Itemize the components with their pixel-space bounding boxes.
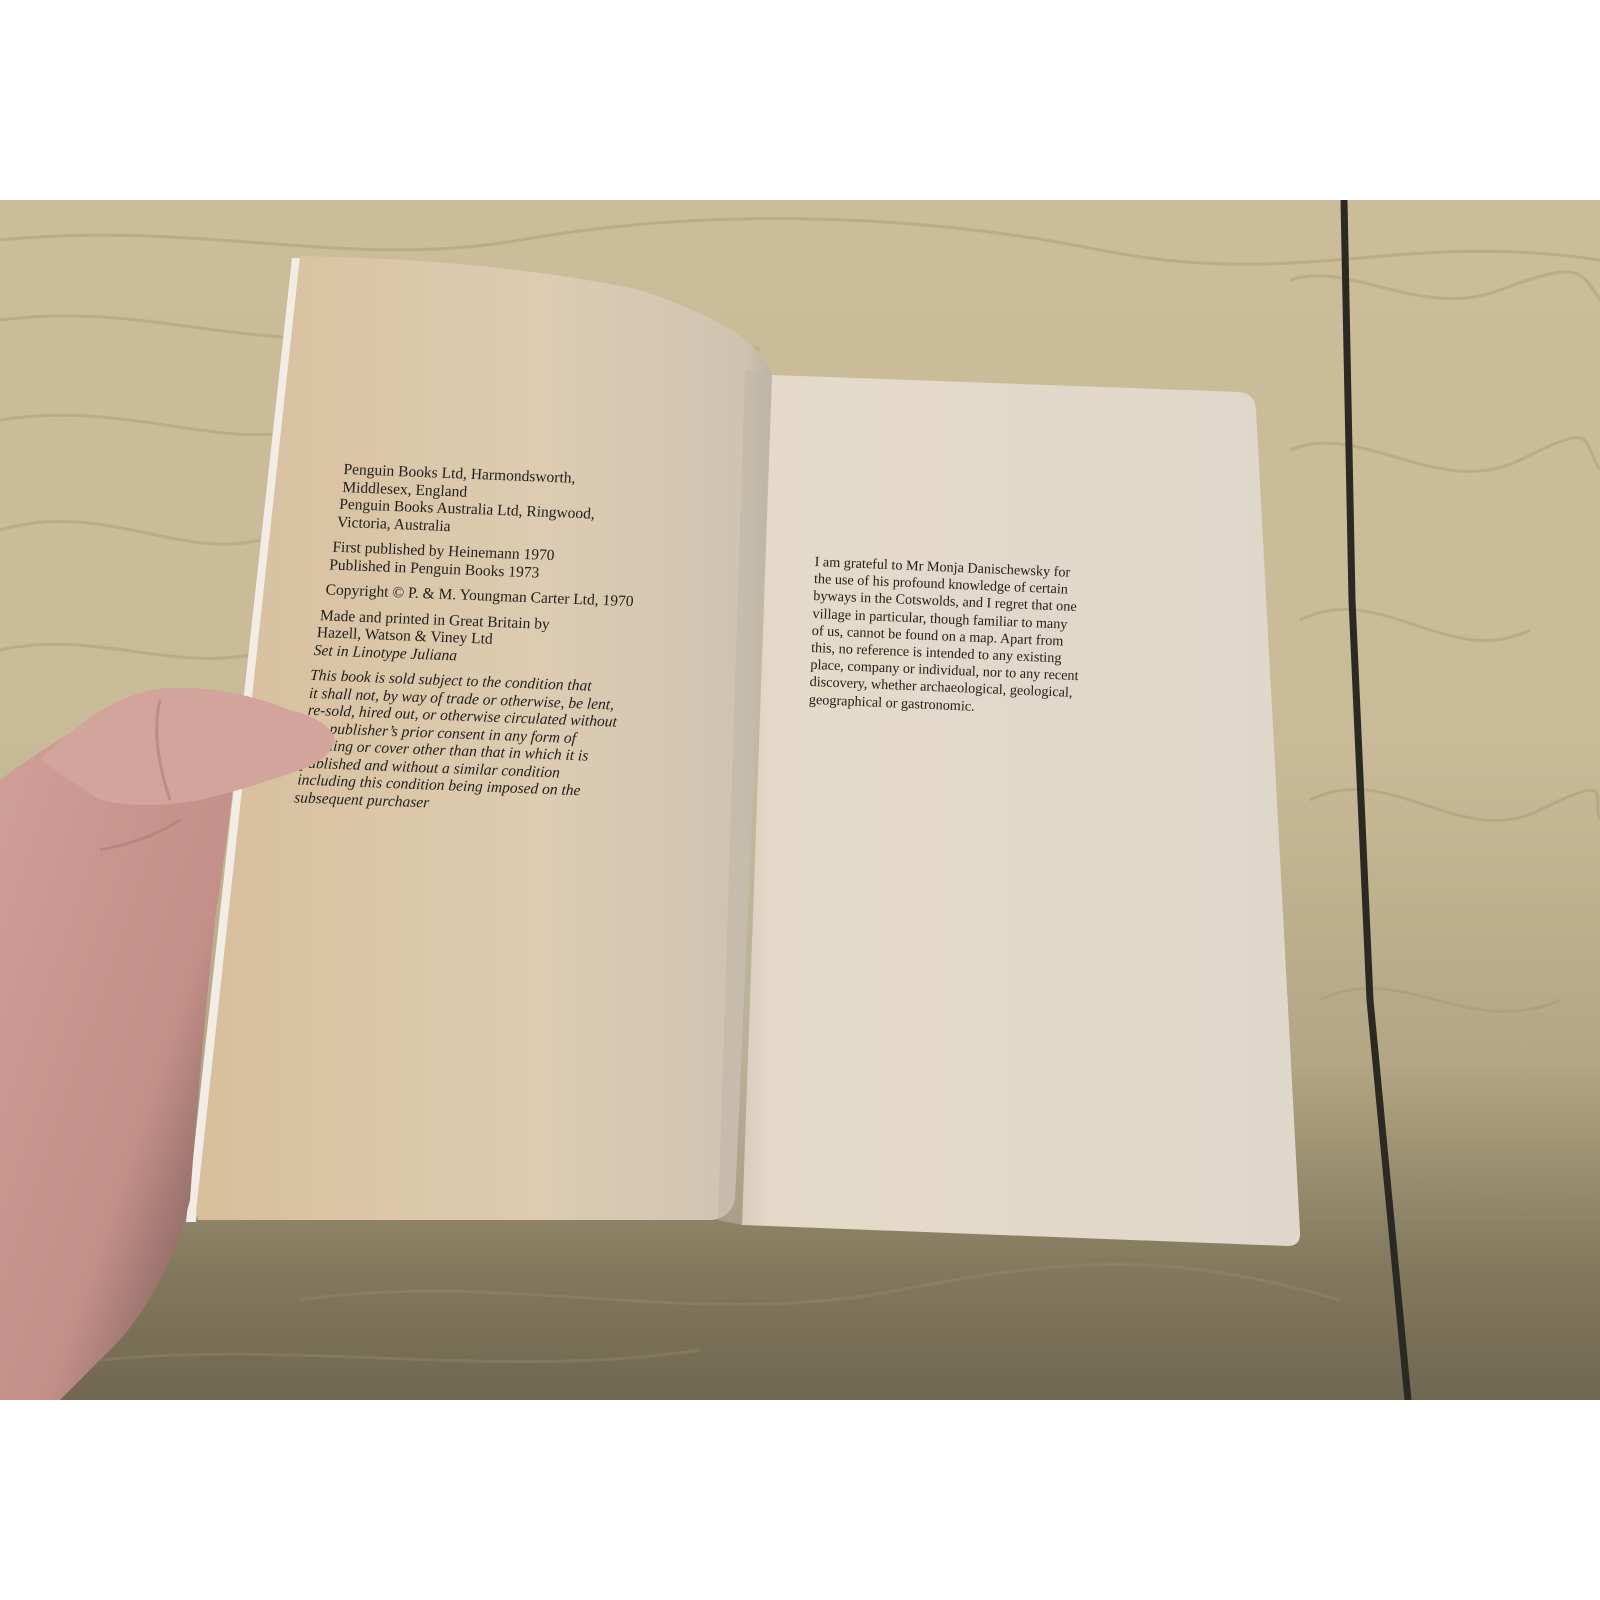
publisher-block: Penguin Books Ltd, Harmondsworth, Middle… <box>340 462 642 541</box>
copyright-line: Copyright © P. & M. Youngman Carter Ltd,… <box>325 582 634 609</box>
open-book <box>0 200 1600 1400</box>
condition-block: This book is sold subject to the conditi… <box>302 668 629 818</box>
printer-block: Made and printed in Great Britain by Haz… <box>317 608 632 670</box>
right-page-shape <box>742 375 1300 1246</box>
copyright-page-text: Penguin Books Ltd, Harmondsworth, Middle… <box>321 462 642 828</box>
acknowledgement-text: I am grateful to Mr Monja Danischewsky f… <box>809 555 1083 718</box>
publication-history: First published by Heinemann 1970 Publis… <box>331 540 637 585</box>
text-line: Copyright © P. & M. Youngman Carter Ltd,… <box>325 582 634 609</box>
book-photo: Penguin Books Ltd, Harmondsworth, Middle… <box>0 200 1600 1400</box>
